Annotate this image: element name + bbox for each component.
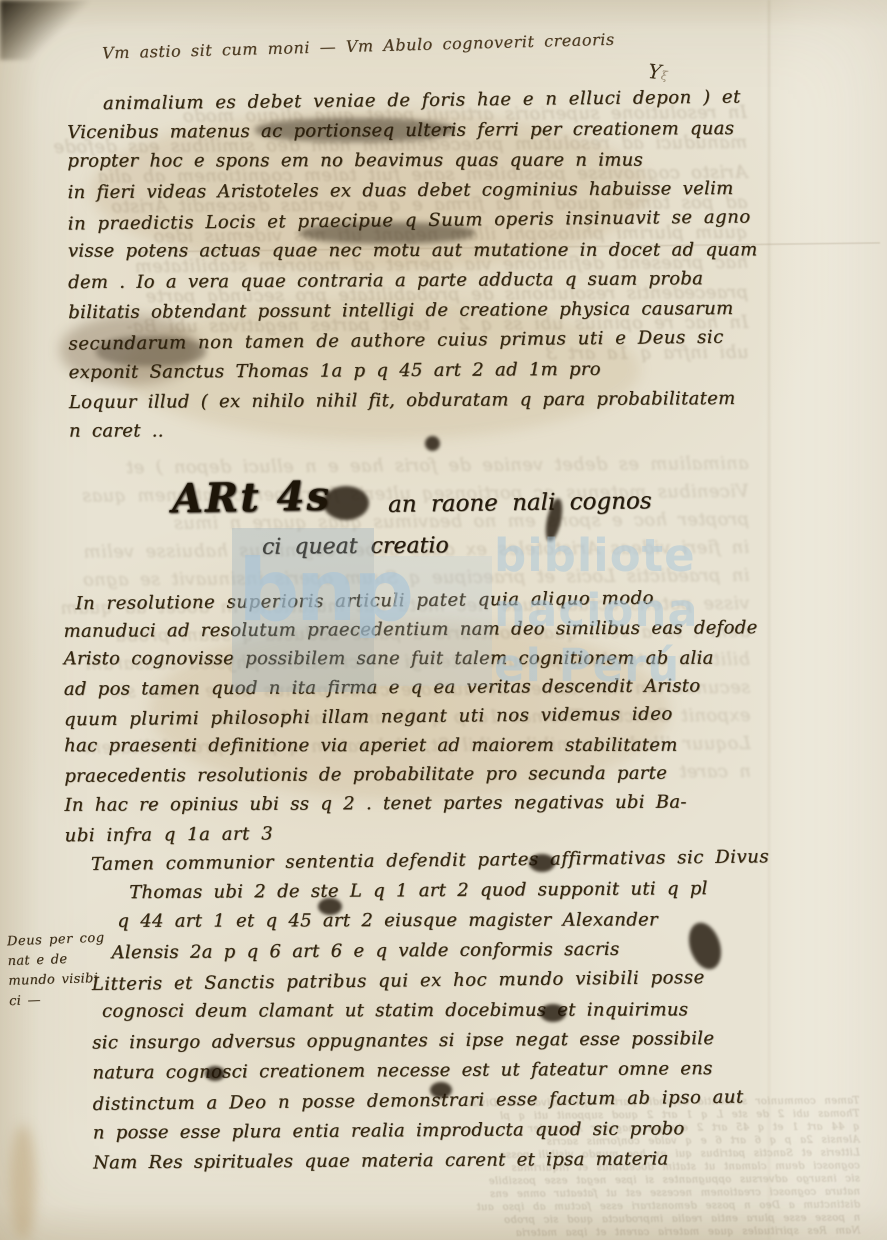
manuscript-line: mundo visibi <box>8 968 129 992</box>
ink-blot <box>205 1066 225 1081</box>
ink-smear <box>255 118 455 142</box>
ink-blot <box>430 1082 452 1098</box>
page-mark-flourish: ξ <box>660 68 668 83</box>
ink-blot <box>318 898 342 915</box>
manuscript-line: praecedentis resolutionis de probabilita… <box>64 758 764 791</box>
paragraph-2: In resolutione superioris articuli patet… <box>63 584 764 849</box>
manuscript-line: hac praesenti definitione via aperiet ad… <box>64 731 764 761</box>
ink-blot <box>540 1004 566 1022</box>
manuscript-line: ci — <box>9 988 130 1012</box>
ink-blot <box>323 486 369 520</box>
margin-note: Deus per cognat e demundo visibici — <box>7 928 130 1012</box>
manuscript-line: cognosci deum clamant ut statim docebimu… <box>102 995 792 1027</box>
ink-smear <box>96 336 206 366</box>
manuscript-line: n caret .. <box>69 415 759 446</box>
manuscript-line: dem . Io a vera quae contraria a parte a… <box>68 264 758 298</box>
manuscript-line: n posse esse plura entia realia improduc… <box>93 1114 793 1149</box>
header-annotation: Vm astio sit cum moni — Vm Abulo cognove… <box>102 30 662 62</box>
manuscript-line: propter hoc e spons em no beavimus quas … <box>67 145 757 176</box>
article-heading-title-line1: an raone nali cognos <box>388 488 652 518</box>
manuscript-line: manuduci ad resolutum praecedentium nam … <box>63 613 763 646</box>
article-heading-number: ARt 4s <box>172 473 332 523</box>
manuscript-line: Loquur illud ( ex nihilo nihil fit, obdu… <box>69 384 759 418</box>
manuscript-page-scan: In resolutione superioris articuli patet… <box>0 0 887 1240</box>
paragraph-3: Tamen communior sententia defendit parte… <box>91 844 793 1179</box>
manuscript-line: Nam Res spirituales quae materia carent … <box>93 1144 793 1179</box>
manuscript-line: Aristo cognovisse possibilem sane fuit t… <box>64 644 764 674</box>
manuscript-line: quum plurimi philosophi illam negant uti… <box>64 699 764 735</box>
ink-blot <box>529 854 555 872</box>
header-annotation-text: Vm astio sit cum moni — Vm Abulo cognove… <box>102 28 662 62</box>
ink-smear <box>300 222 475 244</box>
page-mark: Yξ <box>647 59 669 85</box>
article-heading-title-line2: ci queat creatio <box>262 533 449 560</box>
manuscript-line: sic insurgo adversus oppugnantes si ipse… <box>92 1024 792 1059</box>
manuscript-line: Nam Res spirituales quae materia carent … <box>640 1224 860 1239</box>
paper-stain <box>10 1125 36 1240</box>
manuscript-line: Litteris et Sanctis patribus qui ex hoc … <box>92 962 792 1000</box>
manuscript-line: Thomas ubi 2 de ste L q 1 art 2 quod sup… <box>129 874 791 909</box>
ink-blot <box>425 436 440 451</box>
corner-shadow <box>0 0 90 60</box>
